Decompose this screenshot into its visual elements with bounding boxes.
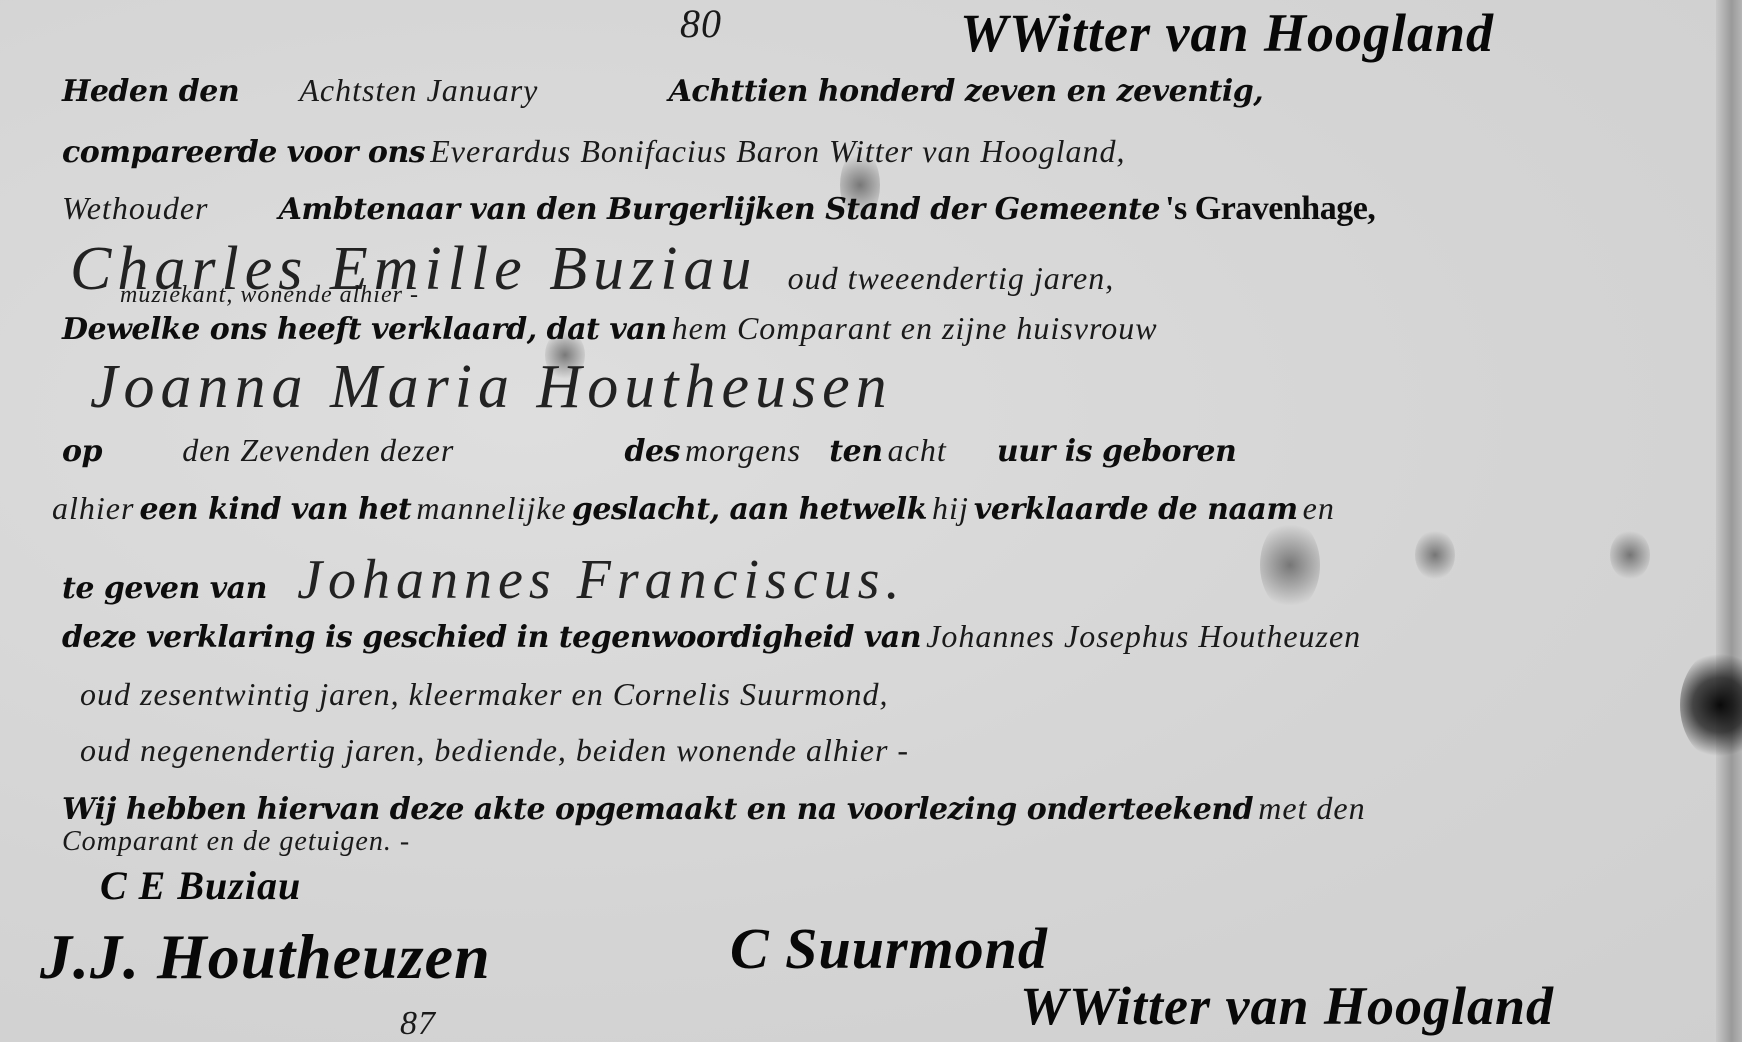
line-15: Comparant en de getuigen. -: [62, 826, 410, 858]
line-3: Wethouder Ambtenaar van den Burgerlijken…: [62, 190, 1375, 228]
line-2: compareerde voor ons Everardus Bonifaciu…: [62, 133, 1125, 170]
handwritten-text: met den: [1258, 790, 1365, 827]
line-10: te geven van Johannes Franciscus.: [62, 548, 905, 612]
handwritten-hour: acht: [888, 432, 947, 469]
handwritten-date: Achtsten January: [299, 72, 538, 109]
line-9: alhier een kind van het mannelijke gesla…: [52, 490, 1335, 527]
page-edge-shadow: [1716, 0, 1742, 1042]
printed-text: deze verklaring is geschied in tegenwoor…: [62, 620, 921, 655]
handwritten-role: Wethouder: [62, 190, 208, 227]
line-13: oud negenendertig jaren, bediende, beide…: [80, 732, 909, 769]
printed-year: Achttien honderd zeven en zeventig,: [669, 74, 1264, 109]
handwritten-time-of-day: morgens: [685, 432, 801, 469]
margin-note: 87: [400, 1005, 436, 1042]
handwritten-occupation: muziekant, wonende alhier -: [120, 282, 419, 309]
printed-text: ten: [829, 434, 882, 469]
line-14: Wij hebben hiervan deze akte opgemaakt e…: [62, 790, 1366, 827]
handwritten-sex: mannelijke: [416, 490, 566, 527]
ink-stain: [1260, 520, 1320, 610]
ink-stain: [1610, 530, 1650, 580]
printed-text: uur is geboren: [997, 434, 1236, 469]
printed-text: een kind van het: [140, 492, 412, 527]
record-number: 80: [680, 0, 722, 47]
handwritten-birth-day: den Zevenden dezer: [182, 432, 454, 469]
official-signature-top: WWitter van Hoogland: [960, 2, 1494, 64]
handwritten-witness-2-details: oud negenendertig jaren, bediende, beide…: [80, 732, 909, 769]
handwritten-age: oud tweeendertig jaren,: [788, 260, 1115, 297]
line-7: Joanna Maria Houtheusen: [90, 352, 893, 423]
printed-text: Heden den: [62, 74, 239, 109]
printed-text: Wij hebben hiervan deze akte opgemaakt e…: [62, 792, 1253, 827]
handwritten-place: alhier: [52, 490, 134, 527]
handwritten-pronoun: hij: [932, 490, 969, 527]
handwritten-mother-name: Joanna Maria Houtheusen: [90, 352, 893, 423]
handwritten-suffix: en: [1303, 490, 1335, 527]
handwritten-child-name: Johannes Franciscus.: [297, 548, 905, 612]
document-scan: 80 WWitter van Hoogland Heden den Achtst…: [0, 0, 1742, 1042]
ink-stain: [1415, 530, 1455, 580]
printed-text: te geven van: [62, 571, 267, 606]
printed-text: verklaarde de naam: [974, 492, 1298, 527]
line-12: oud zesentwintig jaren, kleermaker en Co…: [80, 676, 889, 713]
line-11: deze verklaring is geschied in tegenwoor…: [62, 618, 1361, 655]
printed-text: Dewelke ons heeft verklaard, dat van: [62, 312, 667, 347]
line-1: Heden den Achtsten January Achttien hond…: [62, 72, 1263, 109]
signature-witness-2: C Suurmond: [730, 915, 1048, 982]
line-6: Dewelke ons heeft verklaard, dat van hem…: [62, 310, 1158, 347]
printed-municipality: 's Gravenhage,: [1165, 190, 1375, 228]
printed-text: op: [62, 434, 102, 469]
ink-blot: [1680, 650, 1742, 760]
line-5: muziekant, wonende alhier -: [120, 282, 419, 309]
handwritten-witness-1: Johannes Josephus Houtheuzen: [926, 618, 1361, 655]
printed-text: compareerde voor ons: [62, 135, 425, 170]
printed-text: geslacht, aan hetwelk: [572, 492, 927, 527]
printed-text: Ambtenaar van den Burgerlijken Stand der…: [279, 192, 1160, 227]
signature-witness-1: J.J. Houtheuzen: [40, 920, 491, 994]
signature-official: WWitter van Hoogland: [1020, 975, 1554, 1037]
signature-father: C E Buziau: [100, 862, 301, 909]
printed-text: des: [625, 434, 680, 469]
line-8: op den Zevenden dezer des morgens ten ac…: [62, 432, 1236, 469]
handwritten-text: hem Comparant en zijne huisvrouw: [672, 310, 1158, 347]
handwritten-official-name: Everardus Bonifacius Baron Witter van Ho…: [430, 133, 1125, 170]
handwritten-closing: Comparant en de getuigen. -: [62, 826, 410, 858]
handwritten-witness-1-details: oud zesentwintig jaren, kleermaker en Co…: [80, 676, 889, 713]
